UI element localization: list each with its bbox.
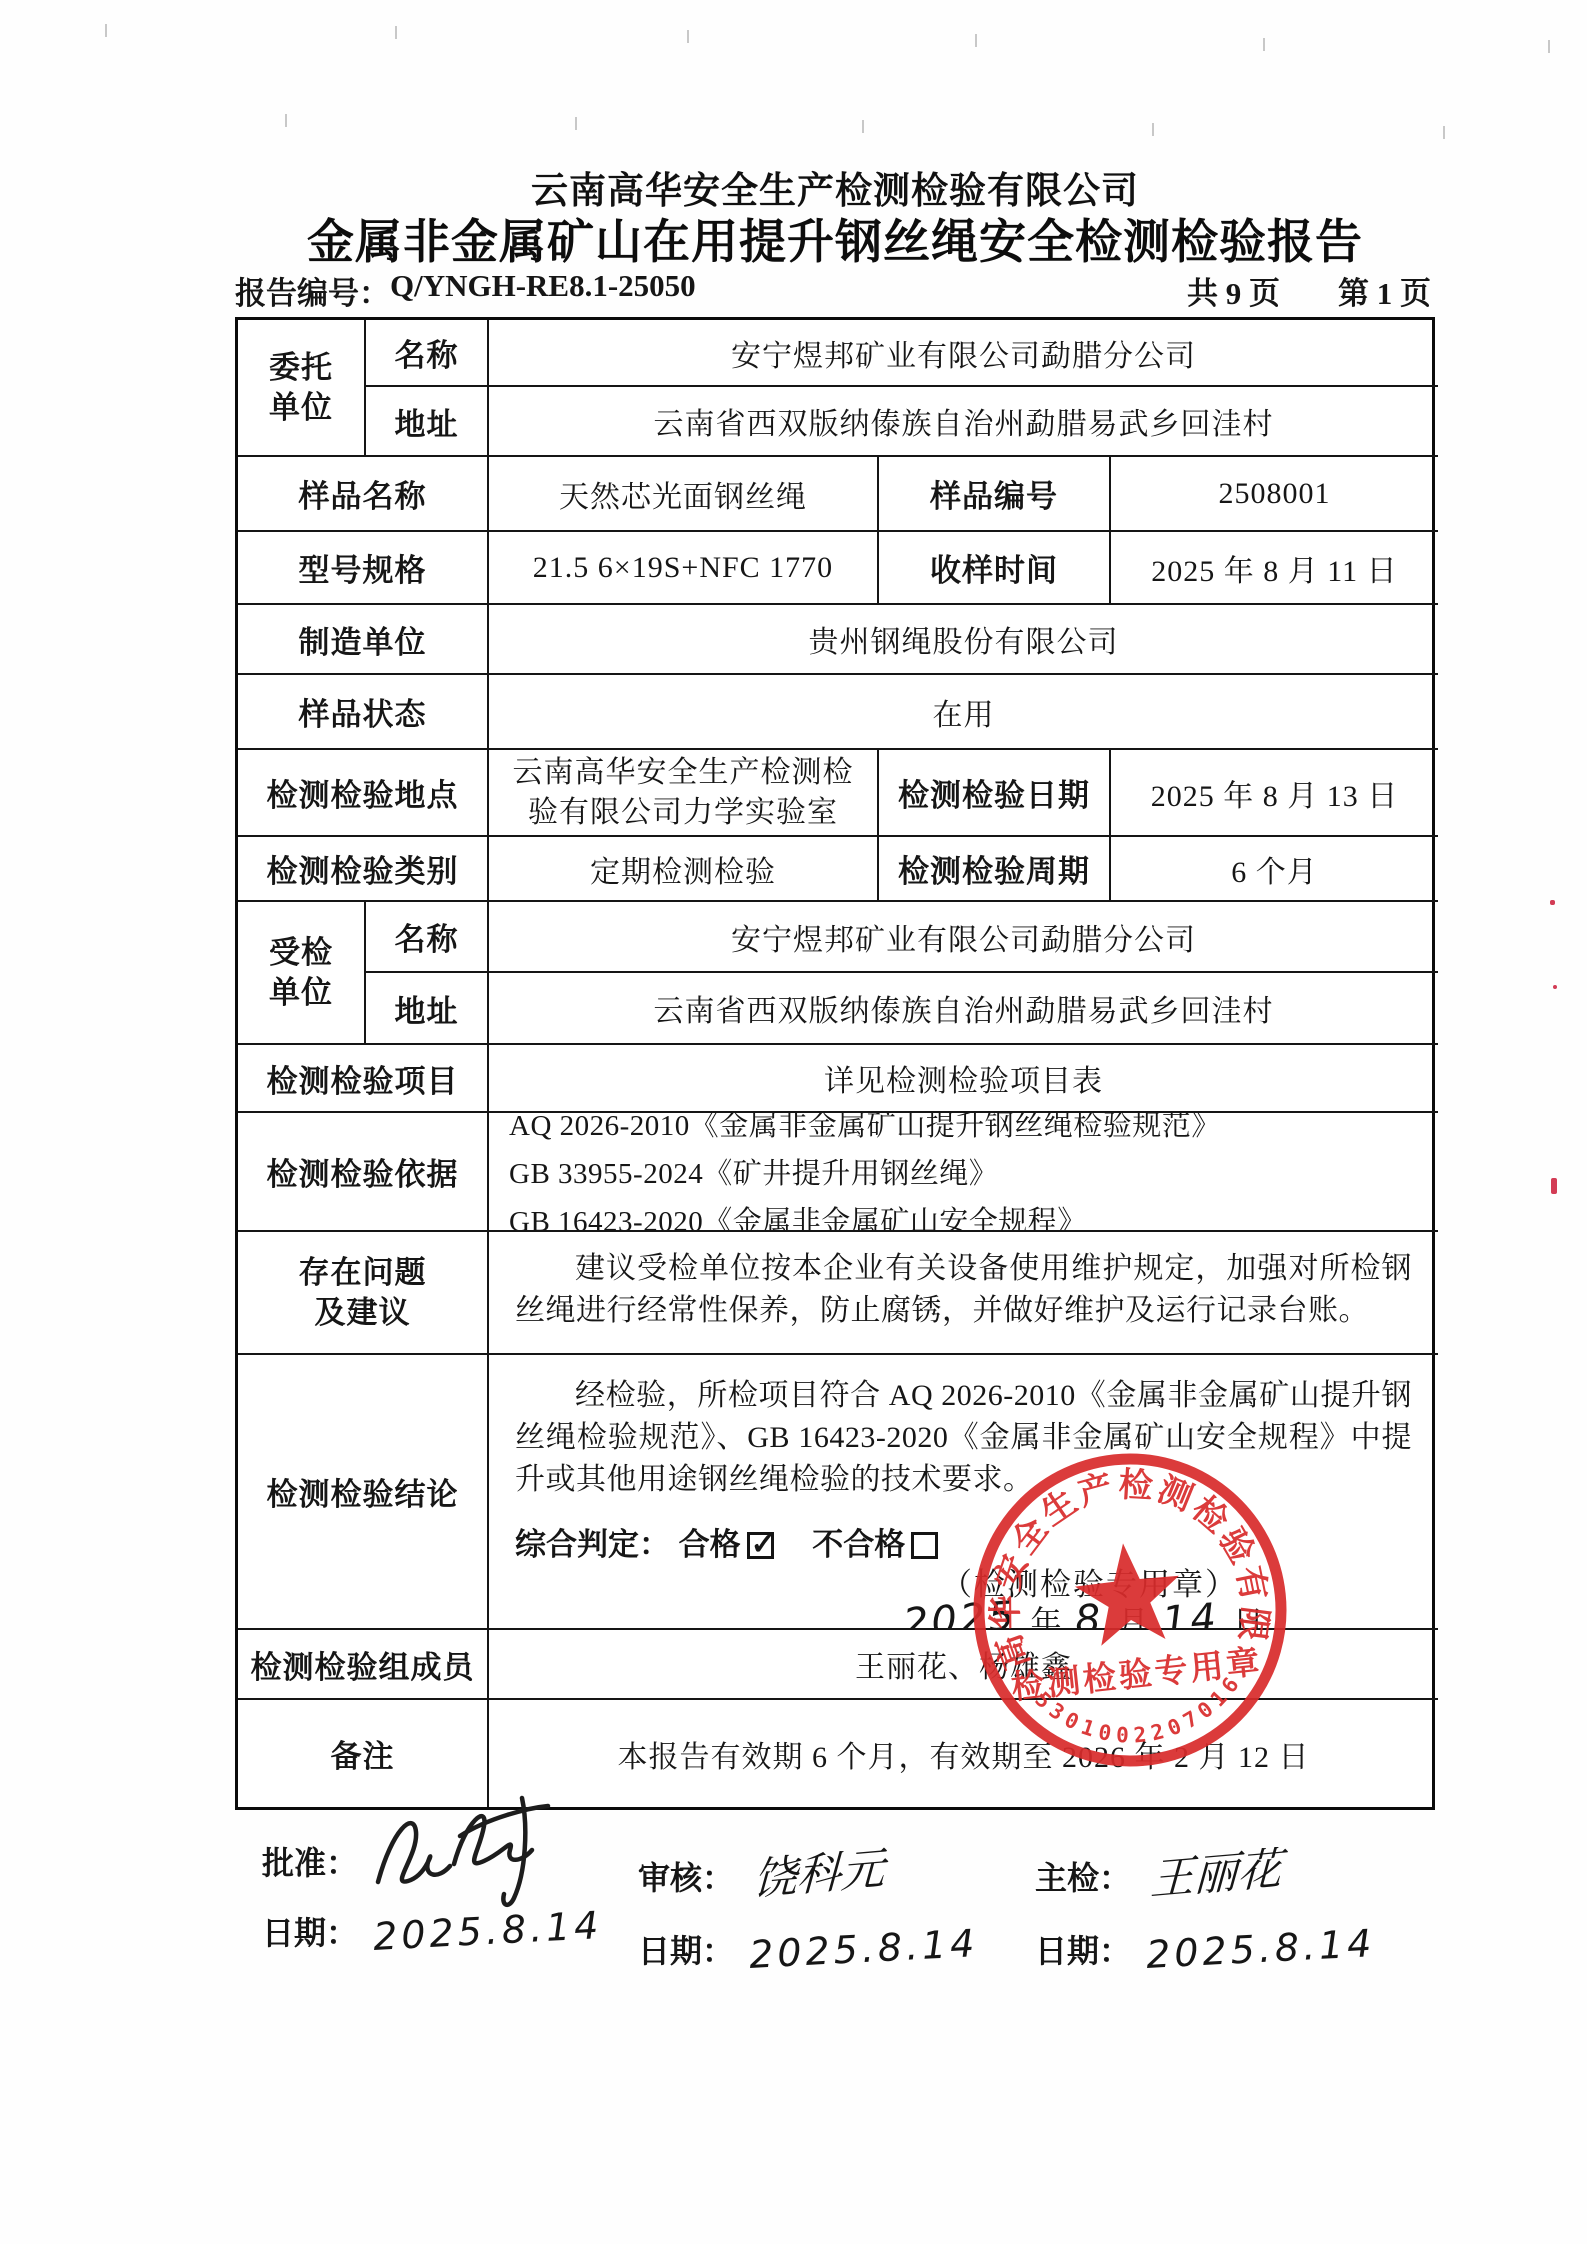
seal-date-year: 2025 xyxy=(902,1593,1019,1630)
category-label: 检测检验类别 xyxy=(238,837,489,902)
report-number-label: 报告编号： xyxy=(235,268,390,313)
review-date-label: 日期： xyxy=(638,1933,734,1969)
received-label: 收样时间 xyxy=(879,532,1111,605)
chief-date-value: 2025.8.14 xyxy=(1145,1921,1376,1977)
review-row: 审核： 饶科元 xyxy=(638,1838,1018,1902)
scan-speck-red xyxy=(1551,1178,1557,1194)
approve-date-label: 日期： xyxy=(262,1915,358,1951)
client-address-value: 云南省西双版纳傣族自治州勐腊易武乡回洼村 xyxy=(489,387,1438,457)
chief-label: 主检： xyxy=(1035,1860,1131,1896)
verdict-line: 综合判定： 合格 不合格 xyxy=(515,1519,1412,1564)
inspected-group-label: 受检 单位 xyxy=(238,902,366,1045)
review-block: 审核： 饶科元 日期： 2025.8.14 xyxy=(638,1838,1018,1972)
conclusion-value: 经检验，所检项目符合 AQ 2026-2010《金属非金属矿山提升钢丝绳检验规范… xyxy=(489,1355,1438,1630)
verdict-fail-label: 不合格 xyxy=(812,1527,905,1562)
seal-date-day: 14 xyxy=(1161,1595,1221,1630)
page-current: 第 1 页 xyxy=(1338,268,1431,313)
approve-row: 批准： xyxy=(262,1838,642,1884)
status-value: 在用 xyxy=(489,675,1438,750)
basis-line-1: AQ 2026-2010《金属非金属矿山提升钢丝绳检验规范》 xyxy=(509,1113,1221,1144)
conclusion-label: 检测检验结论 xyxy=(238,1355,489,1630)
review-date-row: 日期： 2025.8.14 xyxy=(638,1926,1018,1972)
scan-speck xyxy=(1263,38,1265,51)
report-number-value: Q/YNGH-RE8.1-25050 xyxy=(390,268,696,313)
problems-label: 存在问题 及建议 xyxy=(238,1232,489,1355)
report-number: 报告编号： Q/YNGH-RE8.1-25050 xyxy=(235,268,696,313)
verdict-pass-label: 合格 xyxy=(679,1527,741,1562)
client-group-label: 委托 单位 xyxy=(238,320,366,457)
items-value: 详见检测检验项目表 xyxy=(489,1045,1438,1113)
location-label: 检测检验地点 xyxy=(238,750,489,837)
basis-line-2: GB 33955-2024《矿井提升用钢丝绳》 xyxy=(509,1151,998,1192)
scan-speck xyxy=(1443,126,1445,139)
chief-block: 主检： 王丽花 日期： 2025.8.14 xyxy=(1035,1838,1415,1972)
inspected-address-value: 云南省西双版纳傣族自治州勐腊易武乡回洼村 xyxy=(489,973,1438,1045)
sample-code-label: 样品编号 xyxy=(879,457,1111,532)
inspection-date-value: 2025 年 8 月 13 日 xyxy=(1111,750,1438,837)
basis-label: 检测检验依据 xyxy=(238,1113,489,1232)
seal-date: 2025 年 8 月 14 日 xyxy=(897,1597,1264,1630)
team-label: 检测检验组成员 xyxy=(238,1630,489,1700)
page-count: 共 9 页 第 1 页 xyxy=(1187,268,1435,313)
scan-speck xyxy=(285,114,287,127)
report-title: 金属非金属矿山在用提升钢丝绳安全检测检验报告 xyxy=(235,205,1435,272)
remark-value: 本报告有效期 6 个月，有效期至 2026 年 2 月 12 日 xyxy=(489,1700,1438,1807)
chief-row: 主检： 王丽花 xyxy=(1035,1838,1415,1902)
basis-line-3: GB 16423-2020《金属非金属矿山安全规程》 xyxy=(509,1199,1087,1232)
received-value: 2025 年 8 月 11 日 xyxy=(1111,532,1438,605)
report-table: 委托 单位 名称 安宁煜邦矿业有限公司勐腊分公司 地址 云南省西双版纳傣族自治州… xyxy=(235,317,1435,1810)
inspected-name-label: 名称 xyxy=(366,902,489,973)
conclusion-text: 经检验，所检项目符合 AQ 2026-2010《金属非金属矿山提升钢丝绳检验规范… xyxy=(515,1375,1412,1501)
basis-value: AQ 2026-2010《金属非金属矿山提升钢丝绳检验规范》 GB 33955-… xyxy=(489,1113,1438,1232)
location-value: 云南高华安全生产检测检 验有限公司力学实验室 xyxy=(489,750,879,837)
seal-date-month-unit: 月 xyxy=(1118,1605,1149,1630)
manufacturer-label: 制造单位 xyxy=(238,605,489,675)
period-label: 检测检验周期 xyxy=(879,837,1111,902)
model-value: 21.5 6×19S+NFC 1770 xyxy=(489,532,879,605)
chief-date-label: 日期： xyxy=(1035,1933,1131,1969)
items-label: 检测检验项目 xyxy=(238,1045,489,1113)
scan-speck xyxy=(862,120,864,133)
inspected-name-value: 安宁煜邦矿业有限公司勐腊分公司 xyxy=(489,902,1438,973)
category-value: 定期检测检验 xyxy=(489,837,879,902)
problems-text: 建议受检单位按本企业有关设备使用维护规定，加强对所检钢丝绳进行经常性保养，防止腐… xyxy=(515,1248,1412,1332)
client-name-value: 安宁煜邦矿业有限公司勐腊分公司 xyxy=(489,320,1438,387)
review-date-value: 2025.8.14 xyxy=(748,1921,979,1977)
scan-speck xyxy=(1548,40,1550,53)
pages-total: 共 9 页 xyxy=(1187,268,1280,313)
client-address-label: 地址 xyxy=(366,387,489,457)
sample-name-label: 样品名称 xyxy=(238,457,489,532)
approve-block: 批准： 日期： 2025.8.14 xyxy=(262,1838,642,1954)
pass-checkbox xyxy=(747,1532,774,1559)
fail-checkbox xyxy=(911,1532,938,1559)
review-label: 审核： xyxy=(638,1860,734,1896)
inspected-address-label: 地址 xyxy=(366,973,489,1045)
reviewer-signature: 饶科元 xyxy=(752,1832,886,1908)
scan-speck xyxy=(975,34,977,47)
chief-date-row: 日期： 2025.8.14 xyxy=(1035,1926,1415,1972)
period-value: 6 个月 xyxy=(1111,837,1438,902)
scan-speck-red xyxy=(1553,985,1557,989)
scan-speck-red xyxy=(1550,900,1555,905)
approve-date-row: 日期： 2025.8.14 xyxy=(262,1908,642,1954)
scanned-report-page: 云南高华安全生产检测检验有限公司 金属非金属矿山在用提升钢丝绳安全检测检验报告 … xyxy=(0,0,1587,2244)
client-name-label: 名称 xyxy=(366,320,489,387)
model-label: 型号规格 xyxy=(238,532,489,605)
seal-date-month: 8 xyxy=(1074,1596,1106,1630)
report-number-line: 报告编号： Q/YNGH-RE8.1-25050 共 9 页 第 1 页 xyxy=(235,268,1435,313)
chief-signature: 王丽花 xyxy=(1149,1832,1283,1908)
seal-date-day-unit: 日 xyxy=(1233,1605,1264,1630)
scan-speck xyxy=(395,26,397,39)
sample-code-value: 2508001 xyxy=(1111,457,1438,532)
approve-label: 批准： xyxy=(262,1845,358,1881)
problems-value: 建议受检单位按本企业有关设备使用维护规定，加强对所检钢丝绳进行经常性保养，防止腐… xyxy=(489,1232,1438,1355)
scan-speck xyxy=(575,117,577,130)
manufacturer-value: 贵州钢绳股份有限公司 xyxy=(489,605,1438,675)
scan-speck xyxy=(1152,123,1154,136)
team-value: 王丽花、杨雄鑫 xyxy=(489,1630,1438,1700)
status-label: 样品状态 xyxy=(238,675,489,750)
scan-speck xyxy=(105,24,107,37)
sample-name-value: 天然芯光面钢丝绳 xyxy=(489,457,879,532)
scan-speck xyxy=(687,30,689,43)
verdict-label: 综合判定： xyxy=(515,1527,670,1562)
inspection-date-label: 检测检验日期 xyxy=(879,750,1111,837)
seal-date-year-unit: 年 xyxy=(1031,1605,1062,1630)
